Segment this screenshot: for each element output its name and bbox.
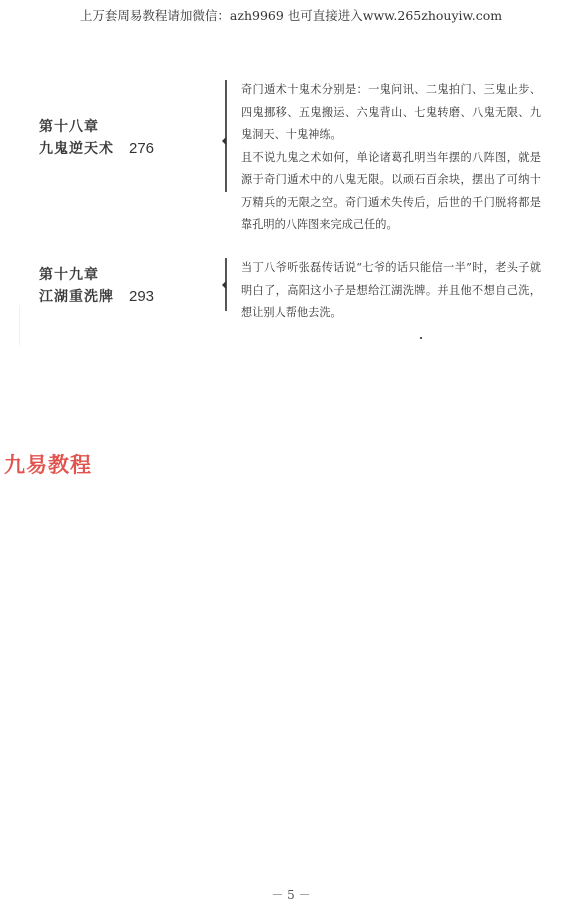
watermark-banner: 上万套周易教程请加微信：azh9969 也可直接进入www.265zhouyiw… [0, 6, 582, 24]
chapter-title: 九鬼逆天术 [39, 138, 129, 160]
divider-notch-icon [222, 137, 226, 145]
scan-artifact [19, 305, 20, 345]
chapter-number: 第十九章 [39, 264, 154, 286]
chapter-page-number: 276 [129, 138, 154, 160]
page-number: － 5 － [0, 886, 582, 903]
chapter-number: 第十八章 [39, 116, 154, 138]
chapter-19-summary: 当丁八爷听张磊传话说“七爷的话只能信一半”时，老头子就明白了，高阳这小子是想给江… [241, 257, 541, 325]
summary-paragraph: 当丁八爷听张磊传话说“七爷的话只能信一半”时，老头子就明白了，高阳这小子是想给江… [241, 257, 541, 325]
chapter-18-heading: 第十八章 九鬼逆天术 276 [39, 116, 154, 160]
summary-paragraph: 且不说九鬼之术如何，单论诸葛孔明当年摆的八阵图，就是源于奇门遁术中的八鬼无限。以… [241, 147, 541, 237]
chapter-title: 江湖重洗牌 [39, 286, 129, 308]
scan-speck [420, 337, 422, 339]
summary-paragraph: 奇门遁术十鬼术分别是：一鬼问讯、二鬼拍门、三鬼止步、四鬼挪移、五鬼搬运、六鬼背山… [241, 79, 541, 147]
brand-logo-text: 九易教程 [4, 449, 92, 479]
chapter-page-number: 293 [129, 286, 154, 308]
divider-notch-icon [222, 281, 226, 289]
divider-line [225, 80, 227, 192]
chapter-title-row: 江湖重洗牌 293 [39, 286, 154, 308]
chapter-18-summary: 奇门遁术十鬼术分别是：一鬼问讯、二鬼拍门、三鬼止步、四鬼挪移、五鬼搬运、六鬼背山… [241, 79, 541, 237]
chapter-title-row: 九鬼逆天术 276 [39, 138, 154, 160]
chapter-19-heading: 第十九章 江湖重洗牌 293 [39, 264, 154, 308]
